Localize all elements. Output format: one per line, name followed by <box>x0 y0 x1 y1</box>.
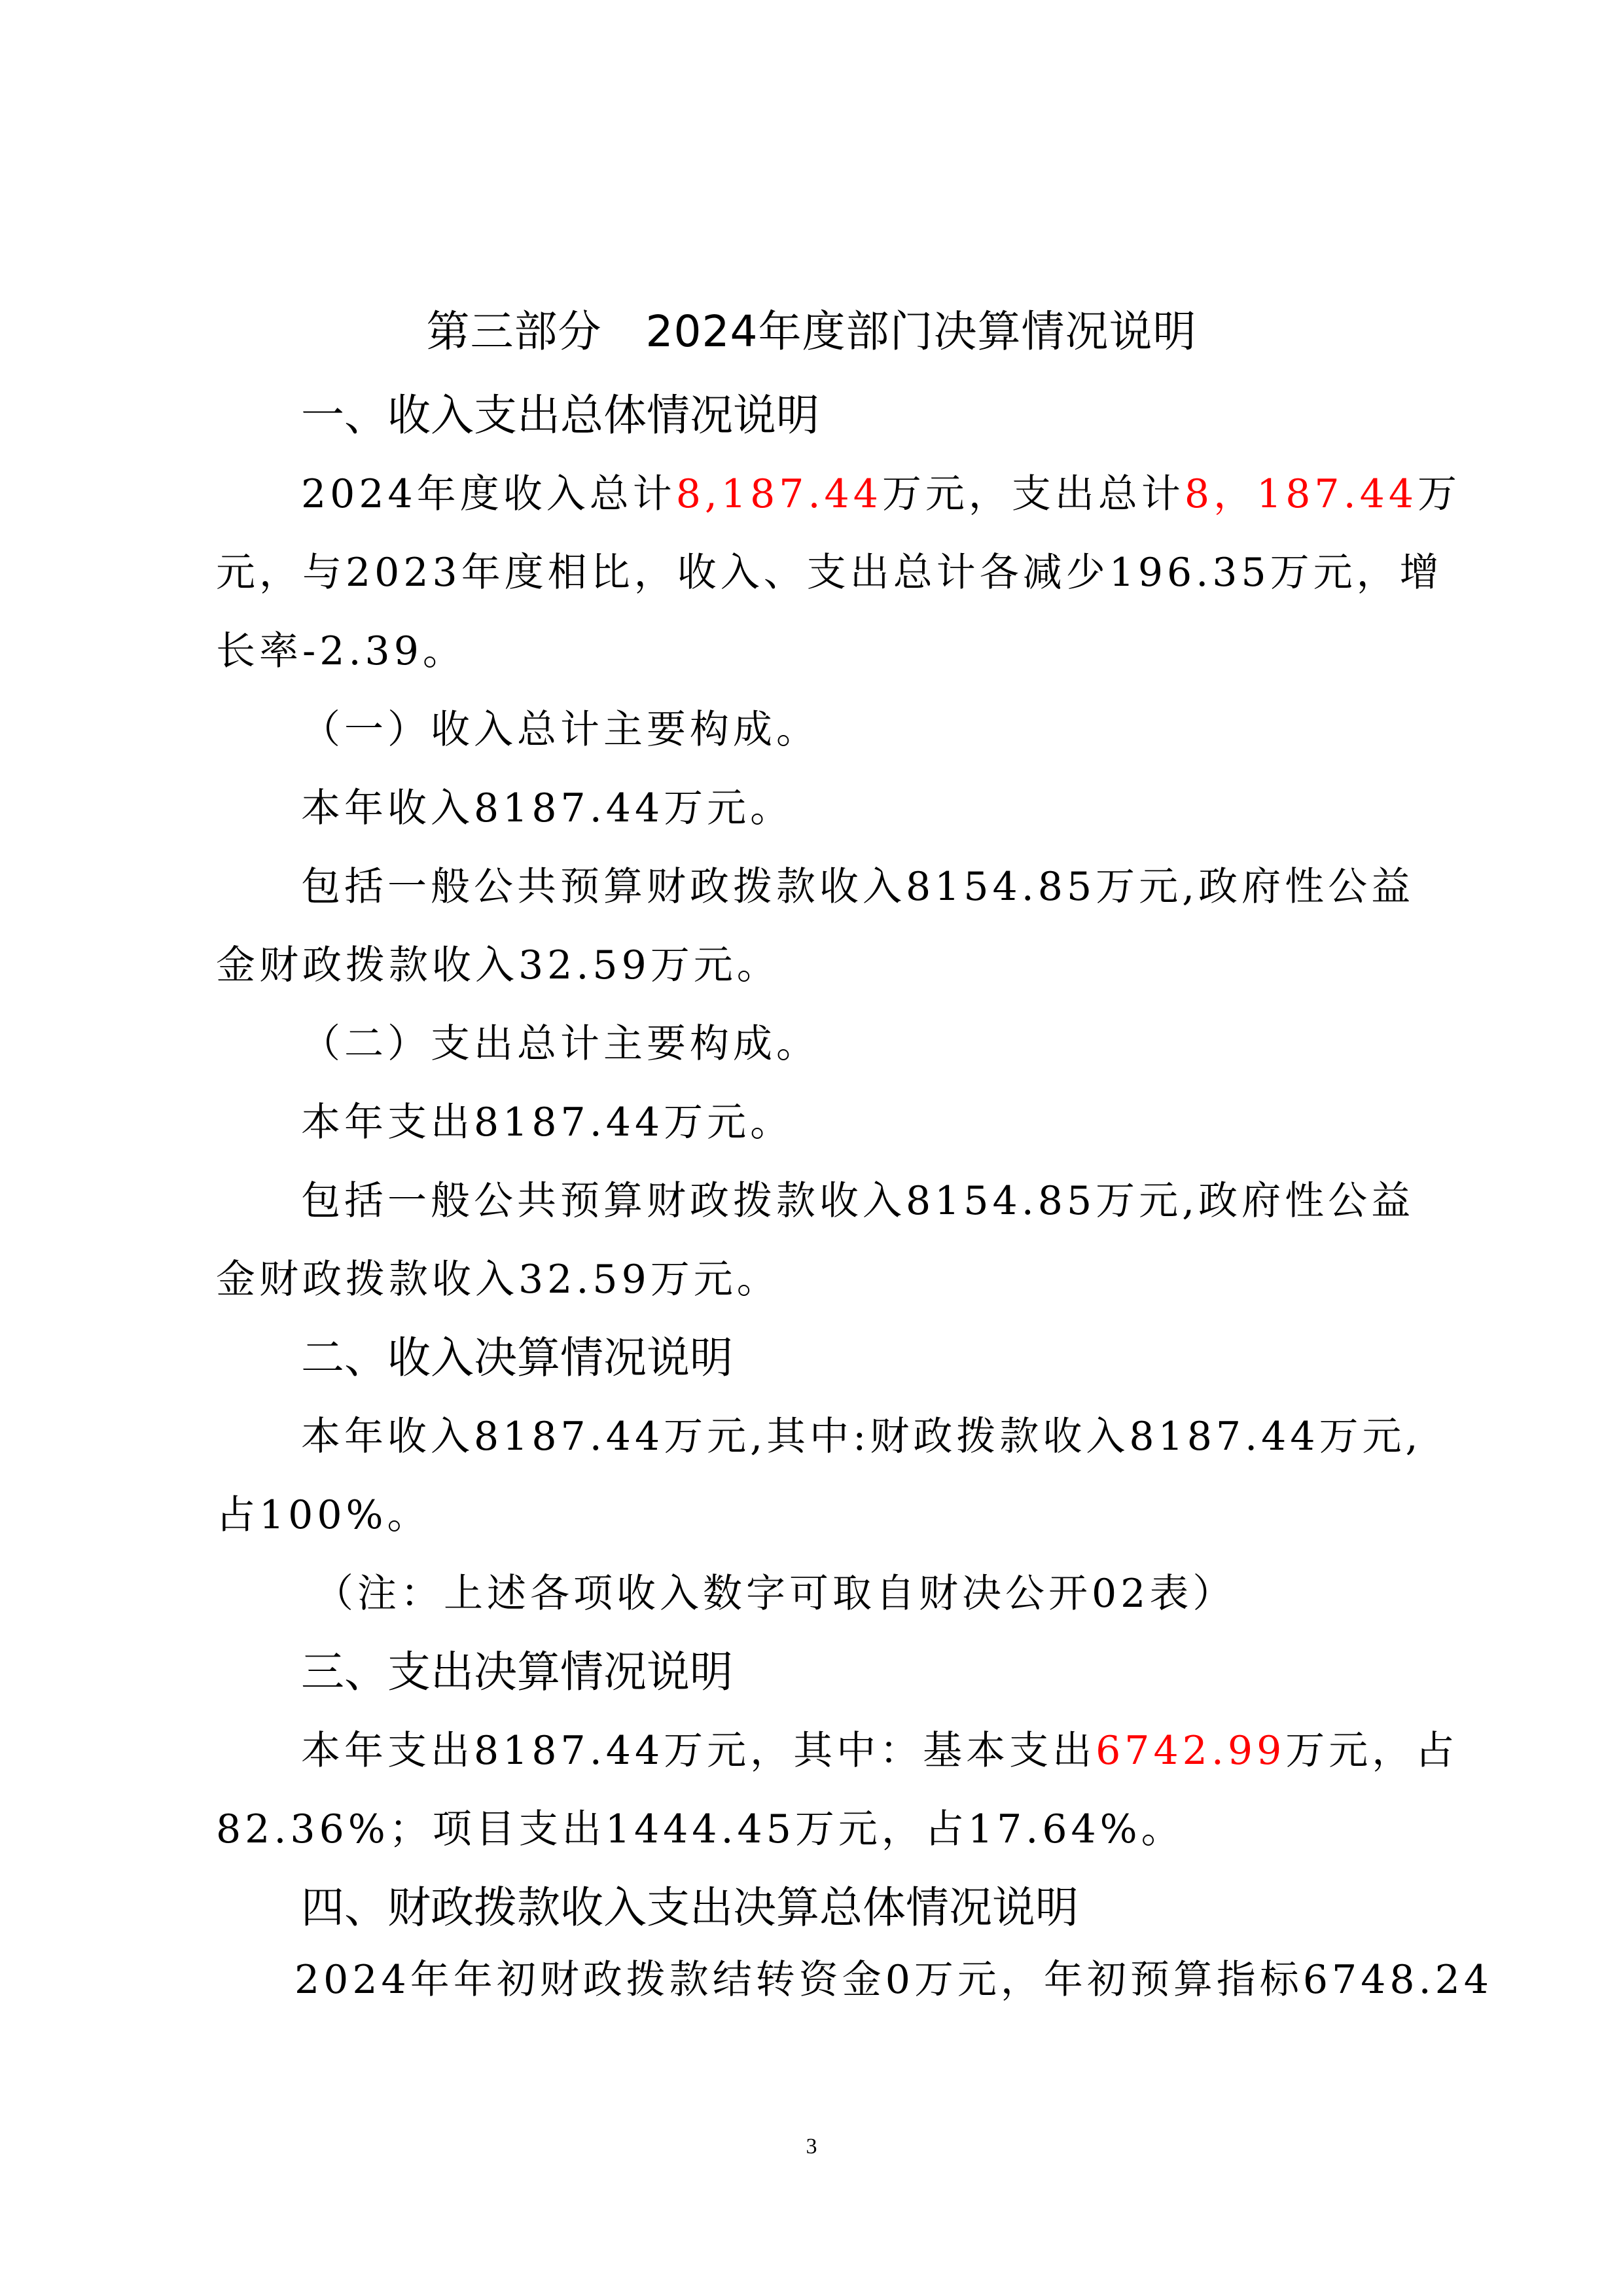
section-1-heading: 一、收入支出总体情况说明 <box>301 386 819 445</box>
subsection-expense-heading: （二）支出总计主要构成。 <box>301 1014 819 1073</box>
subsection-income-heading: （一）收入总计主要构成。 <box>301 700 819 759</box>
section-4-line-1: 2024年年初财政拨款结转资金0万元，年初预算指标6748.24 <box>294 1950 1493 2009</box>
income-breakdown-line-1: 包括一般公共预算财政拨款收入8154.85万元,政府性公益 <box>301 857 1414 916</box>
document-page: 第三部分 2024年度部门决算情况说明 一、收入支出总体情况说明 2024年度收… <box>0 0 1623 2296</box>
section-1-paragraph-line-2: 元，与2023年度相比，收入、支出总计各减少196.35万元，增 <box>216 543 1443 602</box>
section-2-heading: 二、收入决算情况说明 <box>301 1329 733 1388</box>
section-3-line-2: 82.36%；项目支出1444.45万元，占17.64%。 <box>216 1800 1185 1859</box>
expense-breakdown-line-1: 包括一般公共预算财政拨款收入8154.85万元,政府性公益 <box>301 1172 1414 1230</box>
section-3-line-1: 本年支出8187.44万元，其中：基本支出6742.99万元，占 <box>301 1721 1458 1780</box>
section-2-line-1: 本年收入8187.44万元,其中:财政拨款收入8187.44万元, <box>301 1407 1422 1466</box>
basic-expense-highlight: 6742.99 <box>1096 1728 1285 1774</box>
text: 万 <box>1418 471 1461 517</box>
section-2-note: （注：上述各项收入数字可取自财决公开02表） <box>314 1564 1236 1623</box>
page-title: 第三部分 2024年度部门决算情况说明 <box>0 302 1623 361</box>
text: 万元，占 <box>1285 1728 1458 1774</box>
text: 万元，支出总计 <box>882 471 1185 517</box>
page-number: 3 <box>0 2130 1623 2163</box>
expense-breakdown-line-2: 金财政拨款收入32.59万元。 <box>216 1250 780 1309</box>
expense-total-line: 本年支出8187.44万元。 <box>301 1093 793 1152</box>
text: 本年支出8187.44万元，其中：基本支出 <box>301 1728 1096 1774</box>
income-breakdown-line-2: 金财政拨款收入32.59万元。 <box>216 936 780 995</box>
section-1-paragraph-line-3: 长率-2.39。 <box>216 622 466 681</box>
expense-total-highlight: 8，187.44 <box>1185 471 1418 517</box>
section-3-heading: 三、支出决算情况说明 <box>301 1643 733 1702</box>
text: 2024年度收入总计 <box>301 471 676 517</box>
income-total-line: 本年收入8187.44万元。 <box>301 779 793 838</box>
income-total-highlight: 8,187.44 <box>676 471 882 517</box>
section-4-heading: 四、财政拨款收入支出决算总体情况说明 <box>301 1878 1079 1937</box>
section-1-paragraph-line-1: 2024年度收入总计8,187.44万元，支出总计8，187.44万 <box>301 465 1461 524</box>
section-2-line-2: 占100%。 <box>216 1486 431 1545</box>
